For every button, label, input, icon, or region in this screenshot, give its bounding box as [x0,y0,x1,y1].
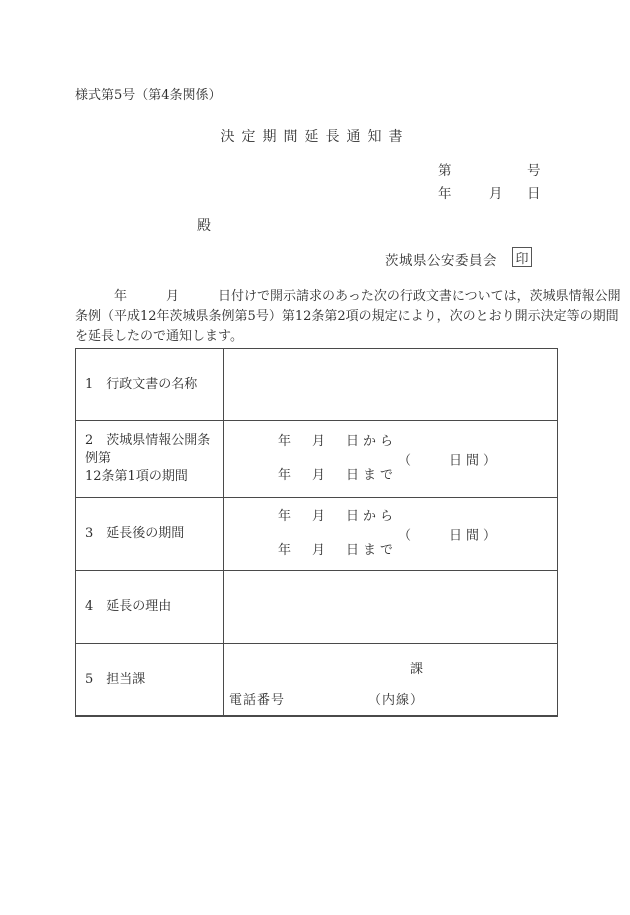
row5-value-responsible-section: 課 電話番号 （内線） [224,644,557,716]
section-suffix-label: 課 [410,658,424,677]
body-paragraph: 年 月 日付けで開示請求のあった次の行政文書については，茨城県情報公開 条例（平… [75,287,621,347]
row4-label-extension-reason: 4 延長の理由 [76,571,224,644]
body-line-2: 条例（平成12年茨城県条例第5号）第12条第2項の規定により，次のとおり開示決定… [75,307,621,327]
document-title: 決定期間延長通知書 [0,126,630,146]
form-number: 様式第5号（第4条関係） [75,84,222,103]
period-days-label: （ 日間） [398,450,500,469]
period-to-label: 年 月 日まで [278,543,557,559]
row1-value-document-name [224,349,557,421]
row3-label-extended-period: 3 延長後の期間 [76,498,224,571]
date-year-label: 年 [438,182,452,202]
issuer-name: 茨城県公安委員会 [385,249,497,269]
row1-label-document-name: 1 行政文書の名称 [76,349,224,421]
phone-number-label: 電話番号 [229,693,285,708]
date-month-label: 月 [489,182,503,202]
period-days-label: （ 日間） [398,525,500,544]
row4-value-extension-reason [224,571,557,644]
addressee-suffix-label: 殿 [197,215,211,235]
row5-label-responsible-section: 5 担当課 [76,644,224,716]
body-line-3: を延長したので通知します。 [75,327,621,347]
period-to-label: 年 月 日まで [278,468,557,484]
body-line-1: 年 月 日付けで開示請求のあった次の行政文書については，茨城県情報公開 [75,287,621,307]
notification-table: 1 行政文書の名称 2 茨城県情報公開条例第 12条第1項の期間 年 月 日から… [75,348,558,717]
extension-label: （内線） [368,689,424,708]
date-day-label: 日 [527,182,541,202]
row2-label-original-period: 2 茨城県情報公開条例第 12条第1項の期間 [76,421,224,498]
doc-number-suffix-label: 号 [527,159,541,179]
row3-value-extended-period: 年 月 日から 年 月 日まで （ 日間） [224,498,557,571]
seal-mark: 印 [512,247,532,267]
phone-line: 電話番号 （内線） [229,689,557,708]
period-from-label: 年 月 日から [278,509,557,525]
doc-number-prefix-label: 第 [438,159,452,179]
period-from-label: 年 月 日から [278,434,557,450]
row2-value-original-period: 年 月 日から 年 月 日まで （ 日間） [224,421,557,498]
document-page: 様式第5号（第4条関係） 決定期間延長通知書 第 号 年 月 日 殿 茨城県公安… [0,0,630,915]
